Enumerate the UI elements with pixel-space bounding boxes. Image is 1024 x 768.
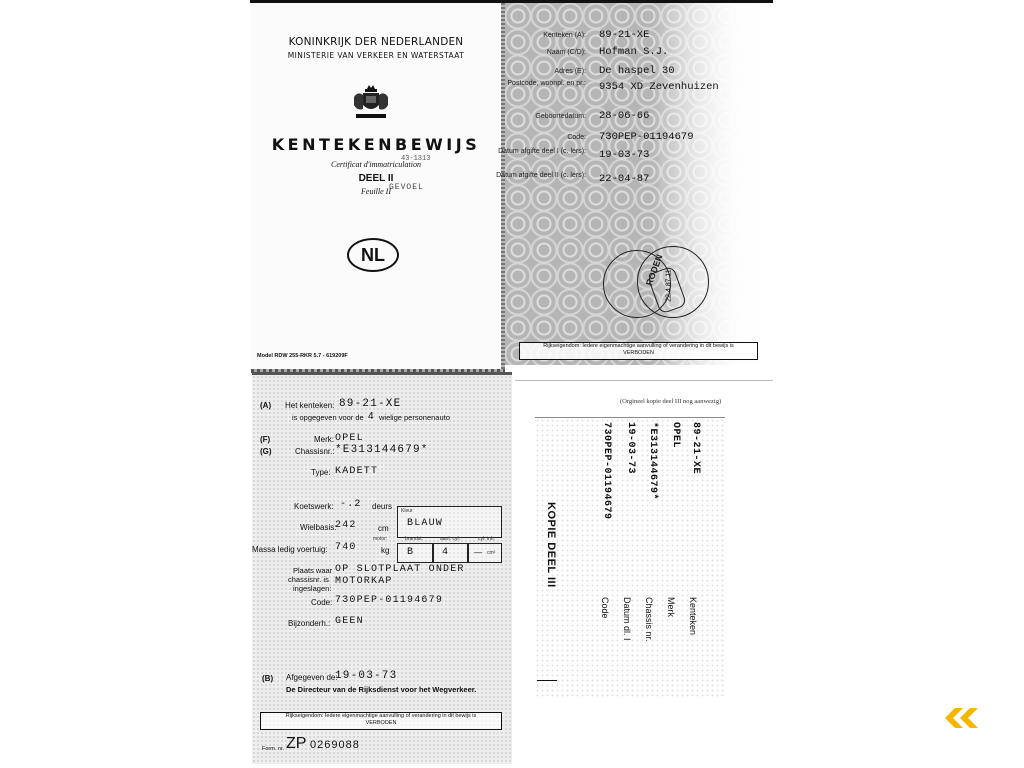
owner-row-label: Adres (E):	[466, 68, 586, 76]
owner-row-label: Naam (C/D):	[466, 49, 586, 57]
inh-unit: cm³	[487, 550, 495, 556]
ministry-heading: MINISTERIE VAN VERKEER EN WATERSTAAT	[251, 51, 501, 60]
opgegeven-suffix: wielige personenauto	[379, 413, 450, 422]
cover-page: KONINKRIJK DER NEDERLANDEN MINISTERIE VA…	[251, 3, 505, 373]
owner-row: Geboortedatum:28-06-66	[505, 110, 773, 130]
model-number: Model RDW 255-RKR 5.7 - 619209F	[257, 353, 348, 359]
owner-row-value: De haspel 30	[599, 65, 675, 77]
merk-value: OPEL	[335, 433, 364, 444]
coat-of-arms-icon	[348, 83, 394, 123]
directeur-text: De Directeur van de Rijksdienst voor het…	[286, 685, 476, 694]
copy-page: (Orgineel kopie deel III nog aanwezig) 8…	[515, 380, 773, 768]
wheels-value: 4	[368, 411, 374, 422]
kg-label: kg	[381, 546, 389, 555]
warning-text: Rijkseigendom: Iedere eigenmachtige aanv…	[261, 713, 501, 720]
code-g: (G)	[260, 447, 272, 456]
massa-value: 740	[335, 542, 357, 553]
owner-row-value: Hofman S.J.	[599, 46, 668, 58]
owner-row: Datum afgifte deel II (c. lers):22-04-87	[505, 173, 773, 193]
code-f: (F)	[260, 435, 270, 444]
owner-row-value: 28-06-66	[599, 110, 649, 122]
original-copy-note: (Orgineel kopie deel III nog aanwezig)	[620, 398, 721, 405]
copy-value: 19-03-73	[625, 422, 636, 474]
copy-label: Merk	[666, 597, 676, 617]
kenteken-value: 89-21-XE	[339, 398, 401, 410]
motor-label: motor:	[373, 536, 387, 542]
kingdom-heading: KONINKRIJK DER NEDERLANDEN	[251, 36, 501, 48]
warning-text-verboden: VERBODEN	[261, 720, 501, 727]
brandst-box: B	[397, 543, 433, 563]
copy-label: Datum dl. I	[622, 597, 632, 641]
owner-row-label: Datum afgifte deel II (c. lers):	[466, 172, 586, 180]
copy-value: *E313144679*	[647, 422, 658, 500]
part-label: DEEL II	[251, 173, 501, 184]
plaats-value: OP SLOTPLAAT ONDER	[335, 564, 465, 575]
plaats-label: chassisnr. is	[288, 575, 329, 584]
deurs-label: deurs	[372, 502, 392, 511]
owner-row-label: Kenteken (A):	[466, 32, 586, 40]
cyl-value: 4	[442, 547, 449, 558]
inh-value: —	[474, 548, 482, 557]
plaats-value: MOTORKAP	[335, 576, 393, 587]
code-b: (B)	[262, 674, 273, 683]
wielbasis-label: Wielbasis:	[300, 523, 336, 532]
cyl-label: aant. cyl.	[440, 536, 460, 542]
koetswerk-label: Koetswerk:	[294, 502, 334, 511]
type-value: KADETT	[335, 466, 378, 477]
owner-row-value: 9354 XD Zevenhuizen	[599, 81, 719, 93]
document-title: KENTEKENBEWIJS	[251, 135, 501, 154]
owner-row: Naam (C/D):Hofman S.J.	[505, 46, 773, 66]
code-label: Code:	[311, 598, 332, 607]
copy-value: OPEL	[670, 422, 681, 448]
afgegeven-value: 19-03-73	[335, 670, 397, 682]
owner-row-label: Datum afgifte deel I (c. lers):	[466, 148, 586, 156]
owner-row-value: 89-21-XE	[599, 29, 649, 41]
owner-row-label: Postcode, woonpl. en pr.:	[466, 80, 586, 88]
kenteken-label: Het kenteken:	[285, 401, 334, 410]
code-value: 730PEP-01194679	[335, 595, 443, 606]
kleur-box: Kleur BLAUW	[397, 506, 502, 538]
merk-label: Merk:	[314, 435, 334, 444]
warning-box: Rijkseigendom: Iedere eigenmachtige aanv…	[519, 342, 758, 360]
owner-row-label: Geboortedatum:	[466, 113, 586, 121]
owner-row-label: Code:	[466, 134, 586, 142]
wielbasis-value: 242	[335, 520, 357, 531]
owner-page: Kenteken (A):89-21-XENaam (C/D):Hofman S…	[505, 3, 773, 365]
copy-label: Kenteken	[688, 597, 698, 635]
copy-value: 89-21-XE	[690, 422, 701, 474]
stamp-date: 22.4.87.11	[665, 269, 672, 302]
inh-label: cyl. inh.	[478, 536, 495, 542]
form-number: 0269088	[310, 739, 360, 751]
bijzonder-label: Bijzonderh.:	[288, 619, 330, 628]
owner-row: Postcode, woonpl. en pr.:9354 XD Zevenhu…	[505, 81, 773, 101]
copy-label: Code	[600, 597, 610, 619]
copy-title: KOPIE DEEL III	[545, 502, 557, 588]
owner-row-value: 22-04-87	[599, 173, 649, 185]
warning-text: Rijkseigendom: Iedere eigenmachtige aanv…	[520, 343, 757, 350]
cyl-box: 4	[433, 543, 468, 563]
plaats-label: Plaats waar	[293, 566, 332, 575]
koetswerk-value: -.2	[340, 499, 362, 510]
owner-row-value: 19-03-73	[599, 149, 649, 161]
feuille-label: Feuille II	[251, 187, 501, 196]
cm-label: cm	[378, 524, 389, 533]
form-label: Form. nr.	[262, 746, 284, 752]
afgegeven-label: Afgegeven de:	[286, 673, 338, 682]
code-a: (A)	[260, 401, 271, 410]
vehicle-page: (A) Het kenteken: 89-21-XE is opgegeven …	[252, 372, 512, 764]
copy-value: 730PEP-01194679	[601, 422, 612, 520]
brandst-value: B	[407, 547, 414, 558]
chassis-value: *E313144679*	[335, 444, 429, 456]
chassis-label: Chassisnr.:	[295, 447, 335, 456]
brandst-label: brandst.	[405, 536, 423, 542]
country-code-badge: NL	[347, 238, 399, 272]
form-prefix: ZP	[286, 735, 306, 753]
owner-row-value: 730PEP-01194679	[599, 131, 694, 143]
type-label: Type:	[311, 468, 331, 477]
inh-box: — cm³	[468, 543, 502, 563]
owner-row: Datum afgifte deel I (c. lers):19-03-73	[505, 149, 773, 169]
massa-label: Massa ledig voertuig:	[252, 545, 328, 554]
warning-text-verboden: VERBODEN	[520, 350, 757, 357]
opgegeven-prefix: is opgegeven voor de	[292, 413, 364, 422]
copy-label: Chassis nr.	[644, 597, 654, 642]
document-subtitle: Certificat d'immatriculation	[251, 160, 501, 169]
kleur-value: BLAUW	[407, 518, 443, 529]
bijzonder-value: GEEN	[335, 616, 364, 627]
double-chevron-left-icon	[943, 706, 983, 730]
copy-area: 89-21-XEOPEL*E313144679*19-03-73730PEP-0…	[535, 417, 725, 698]
warning-box: Rijkseigendom: Iedere eigenmachtige aanv…	[260, 712, 502, 730]
kleur-label: Kleur	[401, 508, 413, 514]
divider	[537, 680, 557, 681]
plaats-label: ingeslagen:	[293, 584, 331, 593]
